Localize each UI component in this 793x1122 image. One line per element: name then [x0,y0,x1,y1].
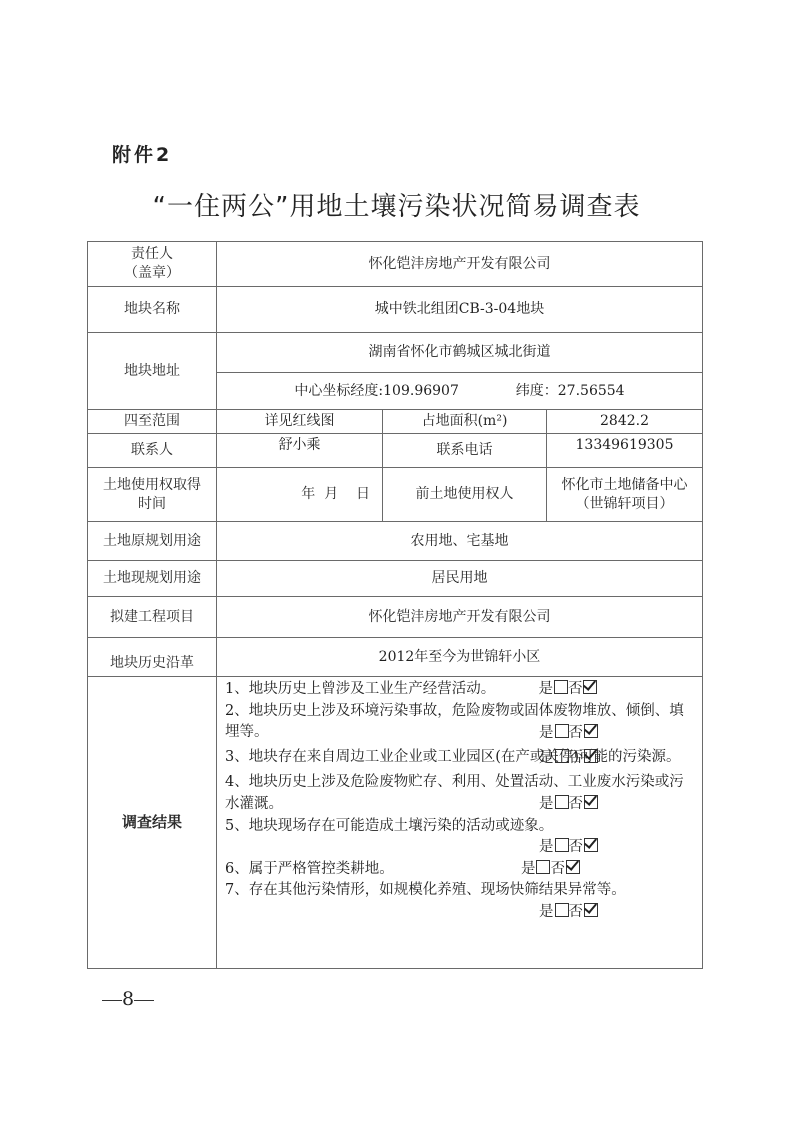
no-checkbox-checked[interactable] [584,749,598,763]
responsible-party-value: 怀化铠沣房地产开发有限公司 [217,242,703,287]
result-text: 3、地块存在来自周边工业企业或工业园区(在产或关停)可能的污染源。 [225,749,681,765]
survey-form-table: 责任人 （盖章） 怀化铠沣房地产开发有限公司 地块名称 城中铁北组团CB-3-0… [87,241,703,969]
yes-label: 是 [521,861,536,877]
no-checkbox-checked[interactable] [584,903,598,917]
area-label: 占地面积(m²) [383,410,547,434]
yes-label: 是 [539,839,554,855]
row-history: 地块历史沿革 2012年至今为世锦轩小区 [88,638,703,677]
yes-label: 是 [539,750,554,766]
boundary-label: 四至范围 [88,410,217,434]
label-line: 土地使用权取得 [88,476,216,495]
plot-address-label: 地块地址 [88,333,217,410]
current-use-label: 土地现规划用途 [88,561,217,597]
answer-group: 是否 [521,861,580,877]
yes-checkbox[interactable] [555,795,569,809]
answer-group: 是否 [538,681,597,697]
responsible-party-label: 责任人 （盖章） [88,242,217,287]
results-list: 1、地块历史上曾涉及工业生产经营活动。 是否 2、地块历史上涉及环境污染事故，危… [217,677,703,969]
result-item-5: 5、地块现场存在可能造成土壤污染的活动或迹象。 是否 [225,816,696,859]
yes-checkbox[interactable] [536,860,550,874]
no-checkbox-checked[interactable] [583,680,597,694]
label-line: 责任人 [88,245,216,264]
proposed-project-value: 怀化铠沣房地产开发有限公司 [217,597,703,638]
yes-checkbox[interactable] [554,680,568,694]
former-user-label: 前土地使用权人 [383,468,547,522]
result-item-3: 3、地块存在来自周边工业企业或工业园区(在产或关停)可能的污染源。 是否 [225,747,696,769]
original-use-value: 农用地、宅基地 [217,522,703,561]
latitude-label: 纬度： [516,383,558,399]
no-label: 否 [569,796,584,812]
plot-name-label: 地块名称 [88,287,217,333]
result-item-2: 2、地块历史上涉及环境污染事故，危险废物或固体废物堆放、倾倒、填埋等。 是否 [225,701,696,745]
row-original-use: 土地原规划用途 农用地、宅基地 [88,522,703,561]
no-label: 否 [569,839,584,855]
answer-group: 是否 [225,723,696,745]
boundary-value: 详见红线图 [217,410,383,434]
page-title: “一住两公”用地土壤污染状况简易调查表 [0,186,793,223]
plot-name-value: 城中铁北组团CB-3-04地块 [217,287,703,333]
dash-left [102,1000,122,1001]
value-line: （世锦轩项目） [547,495,702,514]
row-proposed-project: 拟建工程项目 怀化铠沣房地产开发有限公司 [88,597,703,638]
row-responsible-party: 责任人 （盖章） 怀化铠沣房地产开发有限公司 [88,242,703,287]
answer-group: 是否 [225,902,696,924]
page-number: 8 [102,988,154,1010]
yes-label: 是 [539,796,554,812]
no-label: 否 [569,725,584,741]
no-checkbox-checked[interactable] [584,724,598,738]
label-line: 时间 [88,495,216,514]
results-label: 调查结果 [88,677,217,969]
proposed-project-label: 拟建工程项目 [88,597,217,638]
yes-label: 是 [539,904,554,920]
no-label: 否 [568,681,583,697]
row-plot-address: 地块地址 湖南省怀化市鹤城区城北街道 [88,333,703,373]
yes-label: 是 [539,725,554,741]
row-plot-name: 地块名称 城中铁北组团CB-3-04地块 [88,287,703,333]
yes-checkbox[interactable] [555,838,569,852]
history-label: 地块历史沿革 [88,638,217,677]
row-contact: 联系人 舒小乘 联系电话 13349619305 [88,434,703,468]
attachment-label: 附件2 [112,140,172,167]
yes-checkbox[interactable] [555,903,569,917]
longitude-label: 中心坐标经度: [294,383,383,399]
result-item-7: 7、存在其他污染情形，如规模化养殖、现场快筛结果异常等。 是否 [225,880,696,923]
coordinates-cell: 中心坐标经度:109.96907 纬度：27.56554 [217,373,703,410]
result-text: 1、地块历史上曾涉及工业生产经营活动。 [225,681,495,697]
result-text: 5、地块现场存在可能造成土壤污染的活动或迹象。 [225,818,553,834]
no-label: 否 [569,904,584,920]
yes-checkbox[interactable] [555,724,569,738]
phone-label: 联系电话 [383,434,547,468]
plot-address-value: 湖南省怀化市鹤城区城北街道 [217,333,703,373]
acquire-time-label: 土地使用权取得 时间 [88,468,217,522]
result-text: 6、属于严格管控类耕地。 [225,861,394,877]
answer-group: 是否 [225,794,696,816]
row-acquire-time: 土地使用权取得 时间 年 月 日 前土地使用权人 怀化市土地储备中心 （世锦轩项… [88,468,703,522]
answer-group: 是否 [225,837,696,859]
no-checkbox-checked[interactable] [584,838,598,852]
label-line: （盖章） [88,264,216,283]
no-checkbox-checked[interactable] [584,795,598,809]
contact-value: 舒小乘 [217,434,383,468]
yes-label: 是 [538,681,553,697]
current-use-value: 居民用地 [217,561,703,597]
yes-checkbox[interactable] [555,749,569,763]
no-label: 否 [569,750,584,766]
result-item-1: 1、地块历史上曾涉及工业生产经营活动。 是否 [225,679,696,701]
no-label: 否 [550,861,565,877]
page-number-value: 8 [122,988,134,1010]
phone-value: 13349619305 [547,434,703,468]
value-line: 怀化市土地储备中心 [547,476,702,495]
acquire-time-value: 年 月 日 [217,468,383,522]
original-use-label: 土地原规划用途 [88,522,217,561]
longitude-value: 109.96907 [383,383,459,399]
row-results: 调查结果 1、地块历史上曾涉及工业生产经营活动。 是否 2、地块历史上涉及环境污… [88,677,703,969]
area-value: 2842.2 [547,410,703,434]
latitude-value: 27.56554 [558,383,625,399]
dash-right [134,1000,154,1001]
result-item-6: 6、属于严格管控类耕地。 是否 [225,859,696,881]
history-value: 2012年至今为世锦轩小区 [217,638,703,677]
row-current-use: 土地现规划用途 居民用地 [88,561,703,597]
former-user-value: 怀化市土地储备中心 （世锦轩项目） [547,468,703,522]
row-boundary-area: 四至范围 详见红线图 占地面积(m²) 2842.2 [88,410,703,434]
result-item-4: 4、地块历史上涉及危险废物贮存、利用、处置活动、工业废水污染或污水灌溉。 是否 [225,772,696,816]
no-checkbox-checked[interactable] [566,860,580,874]
result-text: 7、存在其他污染情形，如规模化养殖、现场快筛结果异常等。 [225,882,626,898]
contact-label: 联系人 [88,434,217,468]
